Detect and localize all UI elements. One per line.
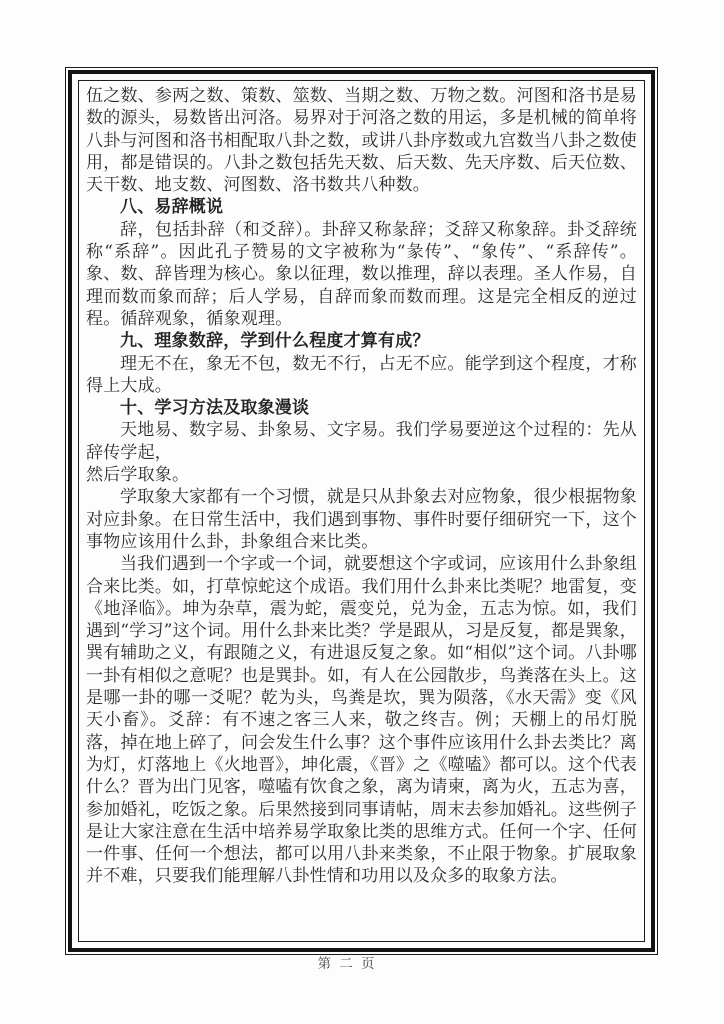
section-heading-9-attainment: 九、理象数辞，学到什么程度才算有成？ [86, 330, 637, 352]
page-content: 伍之数、参两之数、策数、筮数、当期之数、万物之数。河图和洛书是易数的源头，易数皆… [86, 85, 637, 888]
paragraph-image-taking-examples: 当我们遇到一个字或一个词，就要想这个字或词，应该用什么卦象组合来比类。如，打草惊… [86, 553, 637, 887]
page-border-frame: 伍之数、参两之数、策数、筮数、当期之数、万物之数。河图和洛书是易数的源头，易数皆… [65, 67, 658, 955]
paragraph-attainment: 理无不在，象无不包，数无不行，占无不应。能学到这个程度，才称得上大成。 [86, 353, 637, 398]
paragraph-image-taking-habit: 学取象大家都有一个习惯，就是只从卦象去对应物象，很少根据物象对应卦象。在日常生活… [86, 486, 637, 553]
paragraph-yici-overview: 辞，包括卦辞（和爻辞）。卦辞又称彖辞；爻辞又称象辞。卦爻辞统称“系辞”。因此孔子… [86, 219, 637, 330]
document-page: 伍之数、参两之数、策数、筮数、当期之数、万物之数。河图和洛书是易数的源头，易数皆… [0, 0, 724, 1024]
page-border-frame-inner-rule: 伍之数、参两之数、策数、筮数、当期之数、万物之数。河图和洛书是易数的源头，易数皆… [78, 80, 645, 942]
section-heading-8-yici-overview: 八、易辞概说 [86, 196, 637, 218]
page-border-frame-thick-rule: 伍之数、参两之数、策数、筮数、当期之数、万物之数。河图和洛书是易数的源头，易数皆… [68, 70, 655, 952]
paragraph-study-methods-line1: 天地易、数字易、卦象易、文字易。我们学易要逆这个过程的：先从辞传学起， [86, 419, 637, 464]
page-number: 第 二 页 [0, 955, 694, 973]
section-heading-10-study-methods: 十、学习方法及取象漫谈 [86, 397, 637, 419]
paragraph-continuation-numbers: 伍之数、参两之数、策数、筮数、当期之数、万物之数。河图和洛书是易数的源头，易数皆… [86, 85, 637, 196]
paragraph-study-methods-line2: 然后学取象。 [86, 464, 637, 486]
